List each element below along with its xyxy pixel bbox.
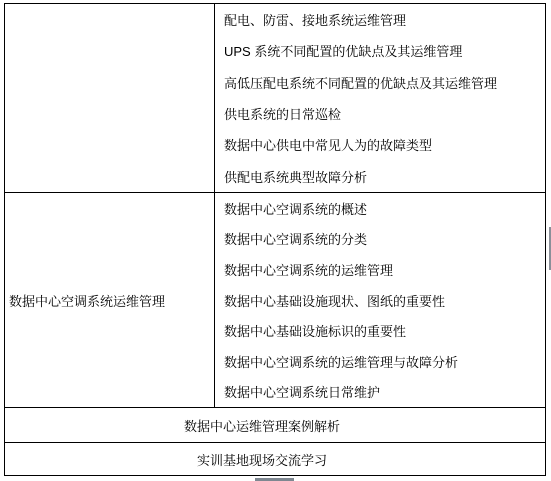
module-cell: 数据中心空调系统运维管理 bbox=[5, 193, 215, 407]
table-row: 数据中心运维管理案例解析 bbox=[5, 407, 545, 442]
topic-item: 数据中心空调系统的概述 bbox=[215, 193, 545, 224]
topic-item: 数据中心空调系统日常维护 bbox=[215, 376, 545, 407]
topic-item: 配电、防雷、接地系统运维管理 bbox=[215, 4, 545, 35]
topic-item: 数据中心基础设施现状、图纸的重要性 bbox=[215, 285, 545, 316]
module-cell bbox=[5, 4, 215, 192]
topics-cell: 配电、防雷、接地系统运维管理UPS 系统不同配置的优缺点及其运维管理高低压配电系… bbox=[215, 4, 545, 192]
topic-item: 数据中心空调系统的运维管理 bbox=[215, 254, 545, 285]
topic-item: 高低压配电系统不同配置的优缺点及其运维管理 bbox=[215, 67, 545, 98]
topic-item: 数据中心空调系统的运维管理与故障分析 bbox=[215, 346, 545, 377]
table-row: 配电、防雷、接地系统运维管理UPS 系统不同配置的优缺点及其运维管理高低压配电系… bbox=[5, 4, 545, 192]
topic-item: 数据中心空调系统的分类 bbox=[215, 224, 545, 255]
table-row: 数据中心空调系统运维管理数据中心空调系统的概述数据中心空调系统的分类数据中心空调… bbox=[5, 192, 545, 407]
topic-item: UPS 系统不同配置的优缺点及其运维管理 bbox=[215, 35, 545, 66]
topic-item: 供电系统的日常巡检 bbox=[215, 98, 545, 129]
topic-item: 供配电系统典型故障分析 bbox=[215, 161, 545, 192]
merged-row-cell: 数据中心运维管理案例解析 bbox=[5, 408, 545, 442]
topic-item: 数据中心供电中常见人为的故障类型 bbox=[215, 129, 545, 160]
course-table: 配电、防雷、接地系统运维管理UPS 系统不同配置的优缺点及其运维管理高低压配电系… bbox=[4, 3, 546, 476]
topics-cell: 数据中心空调系统的概述数据中心空调系统的分类数据中心空调系统的运维管理数据中心基… bbox=[215, 193, 545, 407]
document-viewport: 配电、防雷、接地系统运维管理UPS 系统不同配置的优缺点及其运维管理高低压配电系… bbox=[0, 0, 551, 481]
topic-item: 数据中心基础设施标识的重要性 bbox=[215, 315, 545, 346]
table-row: 实训基地现场交流学习 bbox=[5, 442, 545, 475]
merged-row-cell: 实训基地现场交流学习 bbox=[5, 443, 545, 475]
